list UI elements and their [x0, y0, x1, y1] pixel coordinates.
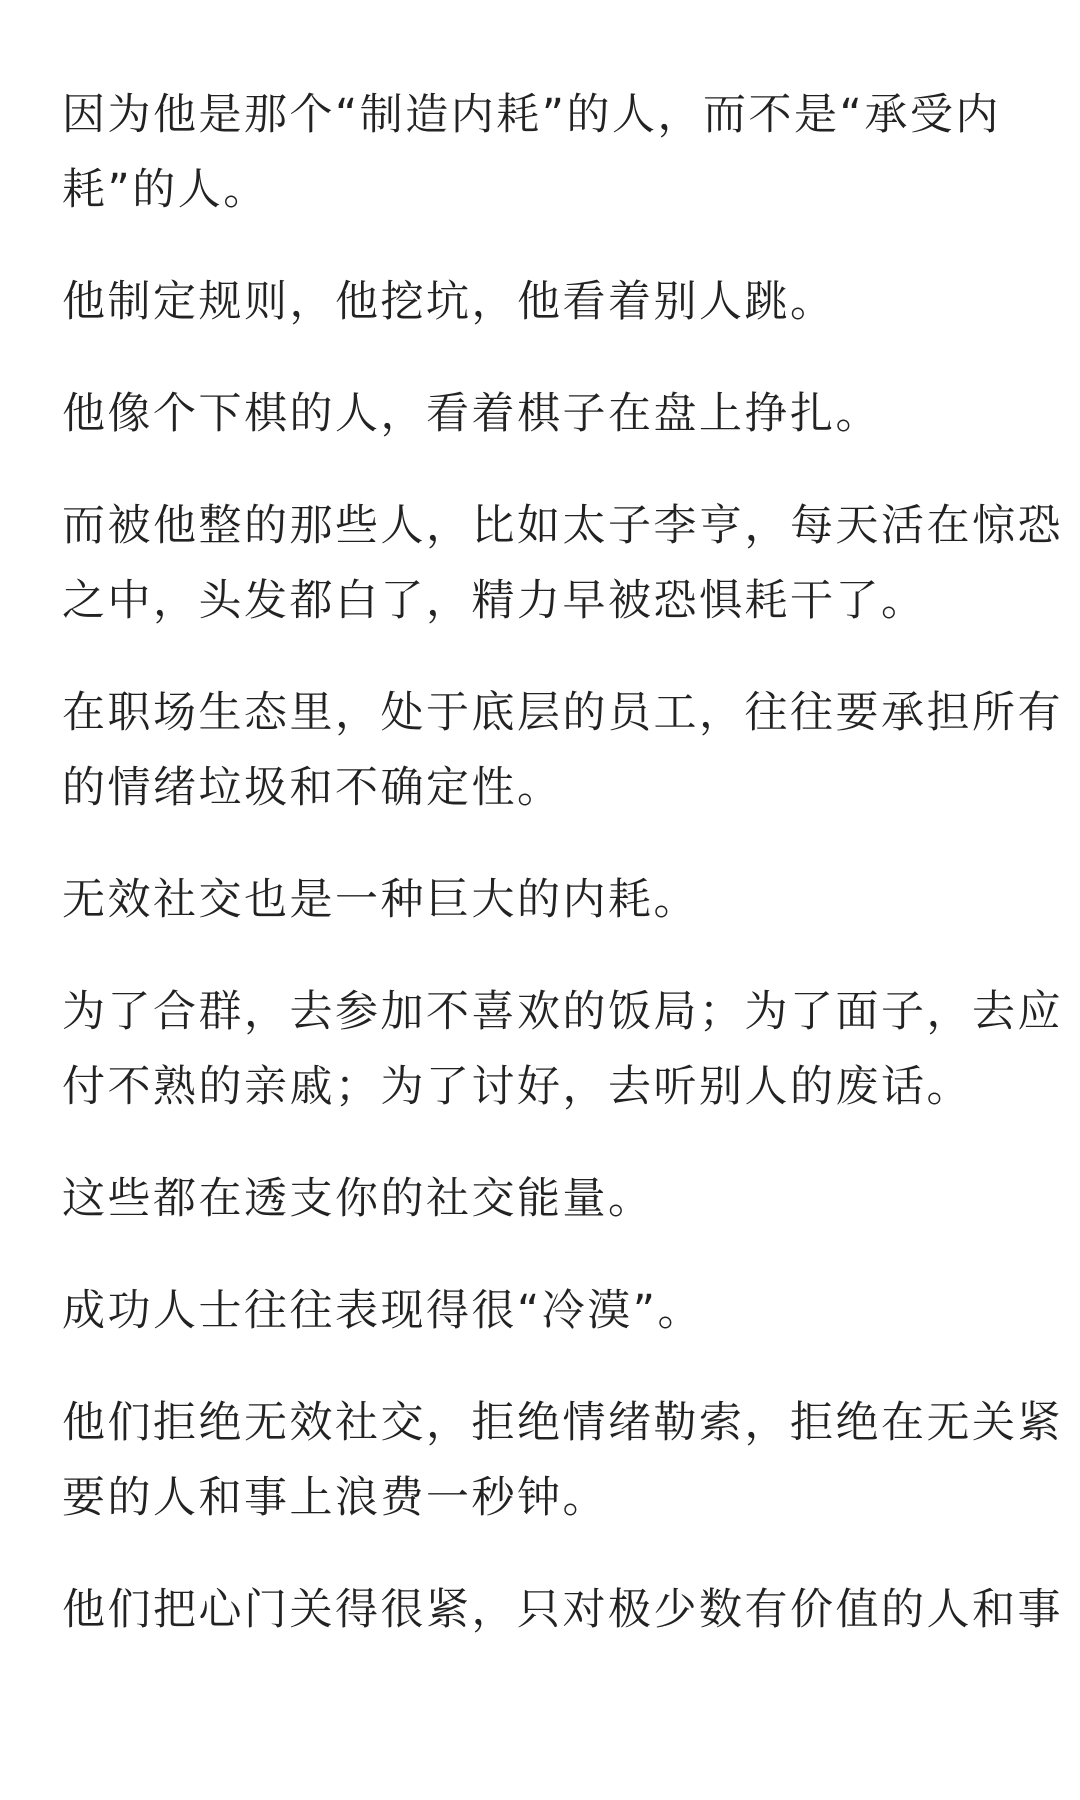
text-line: 而被他整的那些人，比如太子李亨，每天活在惊恐	[62, 497, 1042, 572]
paragraph-9: 成功人士往往表现得很“冷漠”。	[62, 1282, 1042, 1357]
text-line: 无效社交也是一种巨大的内耗。	[62, 871, 1042, 946]
text-line: 这些都在透支你的社交能量。	[62, 1170, 1042, 1245]
text-line: 他像个下棋的人，看着棋子在盘上挣扎。	[62, 385, 1042, 460]
text-line: 为了合群，去参加不喜欢的饭局；为了面子，去应	[62, 983, 1042, 1058]
paragraph-5: 在职场生态里，处于底层的员工，往往要承担所有 的情绪垃圾和不确定性。	[62, 684, 1042, 834]
text-line: 付不熟的亲戚；为了讨好，去听别人的废话。	[62, 1058, 1042, 1133]
text-line: 的情绪垃圾和不确定性。	[62, 759, 1042, 834]
paragraph-8: 这些都在透支你的社交能量。	[62, 1170, 1042, 1245]
paragraph-6: 无效社交也是一种巨大的内耗。	[62, 871, 1042, 946]
text-line: 他们把心门关得很紧，只对极少数有价值的人和事	[62, 1581, 1042, 1656]
text-line: 他们拒绝无效社交，拒绝情绪勒索，拒绝在无关紧	[62, 1394, 1042, 1469]
paragraph-1: 因为他是那个“制造内耗”的人，而不是“承受内 耗”的人。	[62, 86, 1042, 236]
text-line: 因为他是那个“制造内耗”的人，而不是“承受内	[62, 86, 1042, 161]
text-line: 在职场生态里，处于底层的员工，往往要承担所有	[62, 684, 1042, 759]
text-line: 耗”的人。	[62, 161, 1042, 236]
paragraph-7: 为了合群，去参加不喜欢的饭局；为了面子，去应 付不熟的亲戚；为了讨好，去听别人的…	[62, 983, 1042, 1133]
paragraph-2: 他制定规则，他挖坑，他看着别人跳。	[62, 273, 1042, 348]
paragraph-3: 他像个下棋的人，看着棋子在盘上挣扎。	[62, 385, 1042, 460]
paragraph-4: 而被他整的那些人，比如太子李亨，每天活在惊恐 之中，头发都白了，精力早被恐惧耗干…	[62, 497, 1042, 647]
article-body: 因为他是那个“制造内耗”的人，而不是“承受内 耗”的人。 他制定规则，他挖坑，他…	[62, 86, 1042, 1693]
paragraph-11: 他们把心门关得很紧，只对极少数有价值的人和事	[62, 1581, 1042, 1656]
text-line: 他制定规则，他挖坑，他看着别人跳。	[62, 273, 1042, 348]
text-line: 要的人和事上浪费一秒钟。	[62, 1469, 1042, 1544]
paragraph-10: 他们拒绝无效社交，拒绝情绪勒索，拒绝在无关紧 要的人和事上浪费一秒钟。	[62, 1394, 1042, 1544]
text-line: 成功人士往往表现得很“冷漠”。	[62, 1282, 1042, 1357]
text-line: 之中，头发都白了，精力早被恐惧耗干了。	[62, 572, 1042, 647]
